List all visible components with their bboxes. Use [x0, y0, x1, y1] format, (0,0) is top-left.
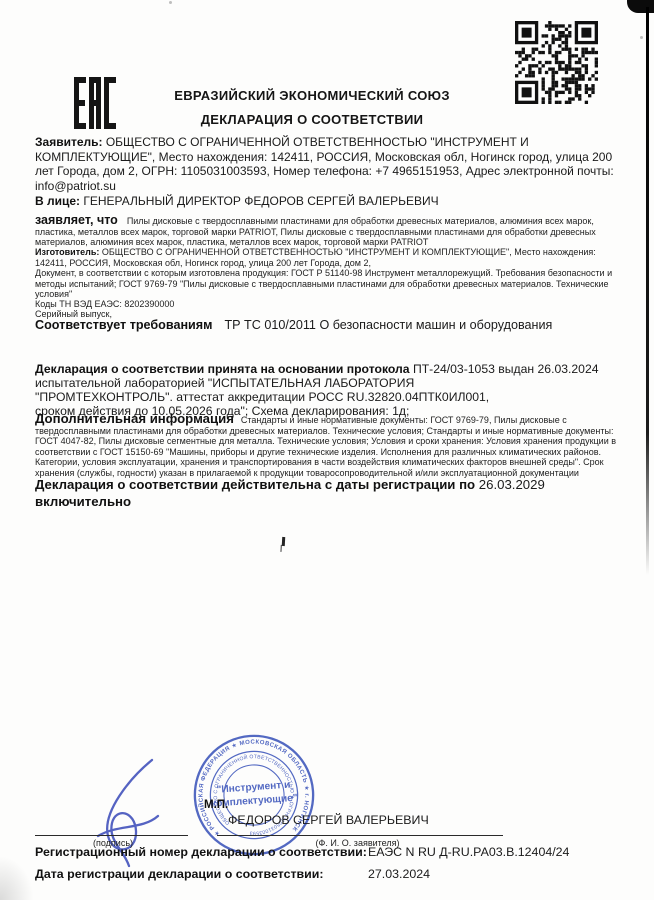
manufacturer-text: ОБЩЕСТВО С ОГРАНИЧЕННОЙ ОТВЕТСТВЕННОСТЬЮ… — [35, 247, 596, 268]
additional-paragraph: Дополнительная информацияСтандарты и ины… — [35, 414, 633, 479]
manufacturer-paragraph: Изготовитель: ОБЩЕСТВО С ОГРАНИЧЕННОЙ ОТ… — [35, 247, 624, 268]
tnved-line: Коды ТН ВЭД ЕАЭС: 8202390000 — [35, 299, 624, 310]
scan-artifact — [282, 537, 285, 546]
declaration-document: ЕВРАЗИЙСКИЙ ЭКОНОМИЧЕСКИЙ СОЮЗ ДЕКЛАРАЦИ… — [0, 0, 654, 900]
scan-speck — [640, 36, 643, 39]
conformity-text: ТР ТС 010/2011 О безопасности машин и об… — [224, 318, 552, 332]
mp-label: М.П. — [204, 799, 228, 811]
registration-number-value: ЕАЭС N RU Д-RU.РА03.В.12404/24 — [368, 845, 569, 859]
manufacturer-label: Изготовитель: — [35, 247, 99, 257]
validity-line1: Декларация о соответствии действительна … — [35, 477, 624, 494]
scan-corner-artifact — [627, 0, 654, 13]
product-document-paragraph: Документ, в соответствии с которым изгот… — [35, 268, 624, 300]
in-person-text: ГЕНЕРАЛЬНЫЙ ДИРЕКТОР ФЕДОРОВ СЕРГЕЙ ВАЛЕ… — [80, 194, 439, 208]
conformity-paragraph: Соответствует требованиямТР ТС 010/2011 … — [35, 318, 624, 333]
declares-paragraph: заявляет, чтоПилы дисковые с твердосплав… — [35, 215, 624, 248]
registration-number-label: Регистрационный номер декларации о соотв… — [35, 845, 367, 859]
page-subtitle: ДЕКЛАРАЦИЯ О СООТВЕТСТВИИ — [40, 112, 584, 127]
in-person-paragraph: В лице: ГЕНЕРАЛЬНЫЙ ДИРЕКТОР ФЕДОРОВ СЕР… — [35, 194, 624, 209]
basis-label: Декларация о соответствии принята на осн… — [35, 362, 410, 376]
basis-line1-rest: ПТ-24/03-1053 выдан 26.03.2024 — [410, 362, 599, 376]
fio-name: ФЕДОРОВ СЕРГЕЙ ВАЛЕРЬЕВИЧ — [228, 813, 429, 827]
validity-label: Декларация о соответствии действительна … — [35, 477, 475, 492]
validity-line2: включительно — [35, 494, 624, 511]
scan-edge-line — [646, 7, 649, 575]
basis-line2: испытательной лабораторией "ИСПЫТАТЕЛЬНА… — [35, 376, 624, 390]
in-person-label: В лице: — [35, 194, 80, 208]
basis-line3: "ПРОМТЕХКОНТРОЛЬ". аттестат аккредитации… — [35, 390, 624, 404]
validity-paragraph: Декларация о соответствии действительна … — [35, 477, 624, 510]
validity-date: 26.03.2029 — [475, 477, 545, 492]
additional-label: Дополнительная информация — [35, 411, 234, 426]
product-text: Пилы дисковые с твердосплавными пластина… — [35, 216, 596, 247]
declares-label: заявляет, что — [35, 213, 118, 227]
signature-line — [35, 835, 188, 836]
registration-date-label: Дата регистрации декларации о соответств… — [35, 867, 324, 881]
registration-date-value: 27.03.2024 — [368, 867, 430, 881]
applicant-paragraph: Заявитель: ОБЩЕСТВО С ОГРАНИЧЕННОЙ ОТВЕТ… — [35, 135, 624, 193]
applicant-label: Заявитель: — [35, 135, 103, 149]
basis-paragraph: Декларация о соответствии принята на осн… — [35, 362, 624, 418]
page-title: ЕВРАЗИЙСКИЙ ЭКОНОМИЧЕСКИЙ СОЮЗ — [40, 88, 584, 103]
scan-shadow — [0, 856, 34, 900]
conformity-label: Соответствует требованиям — [35, 318, 212, 332]
basis-line1: Декларация о соответствии принята на осн… — [35, 362, 624, 376]
fio-line — [217, 835, 503, 836]
applicant-text: ОБЩЕСТВО С ОГРАНИЧЕННОЙ ОТВЕТСТВЕННОСТЬЮ… — [35, 135, 614, 193]
scan-speck — [169, 1, 172, 4]
